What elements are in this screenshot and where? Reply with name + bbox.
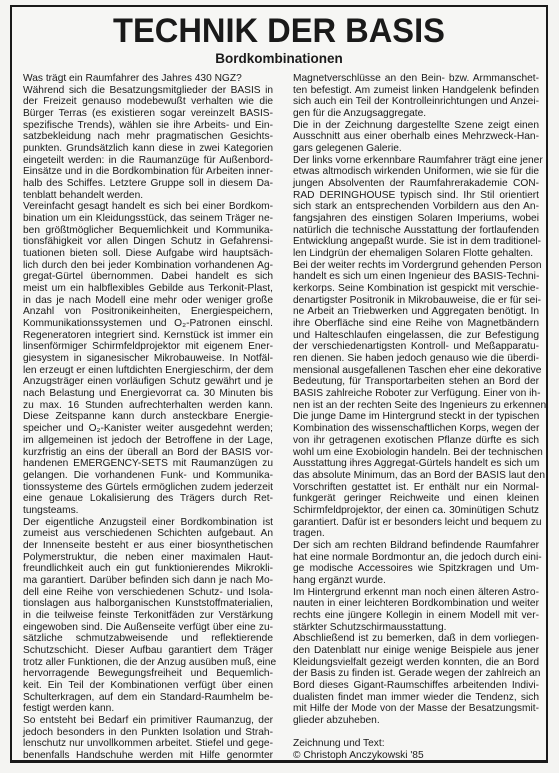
text-line: len erzeugt er einen luftdichten Energie… [23, 365, 273, 377]
text-line: halb des Schiffes. Letztere Gruppe soll … [23, 178, 273, 190]
text-line: Polymerstruktur, die neben einer maximal… [23, 552, 273, 564]
text-line: natürlich die technische Ausstattung der… [293, 225, 539, 237]
text-line: der Innenseite besteht er aus einer bios… [23, 540, 273, 552]
text-line: zu max. 16 Stunden aufrechterhalten werd… [23, 400, 273, 412]
text-line: lenschutz nur unvollkommen arbeitet. Sti… [23, 738, 273, 750]
text-line: gelangen. Die vorhandenen Funk- und Komm… [23, 470, 273, 482]
text-line: tungsteams. [23, 505, 273, 517]
text-line: etwas altmodisch wirkenden Uniformen, wi… [293, 166, 539, 178]
text-line: Der eigentliche Anzugsteil einer Bordkom… [23, 517, 273, 529]
spacer [293, 727, 539, 739]
text-line: Schutzschicht. Dieser Aufbau garantiert … [23, 645, 273, 657]
text-line: der Freizeit genauso modebewußt verhalte… [23, 96, 273, 108]
text-line: funkgerät geringer Reichweite und einen … [293, 493, 539, 505]
text-line: bination um ein Kleidungsstück, das sein… [23, 213, 273, 225]
text-line: sich stark an entsprechenden Vorbildern … [293, 201, 539, 213]
text-line: Der sich am rechten Bildrand befindende … [293, 540, 539, 552]
text-line: von ihr getragenen exotischen Pflanze dü… [293, 435, 539, 447]
text-line: Schulterkragen, auf dem ein Standard-Rau… [23, 692, 273, 704]
page-subtitle: Bordkombinationen [12, 51, 546, 67]
text-line: hervorragende Bewegungsfreiheit und Bequ… [23, 668, 273, 680]
text-line: BASIS zahlreiche Roboter zur Verfügung. … [293, 388, 539, 400]
text-line: trotz aller Funktionen, die der Anzug au… [23, 657, 273, 669]
text-line: Kombination des wissenschaftlichen Korps… [293, 423, 539, 435]
text-line: Während sich die Besatzungsmitglieder de… [23, 85, 273, 97]
text-line: Die in der Zeichnung dargestellte Szene … [293, 120, 539, 132]
text-line: tionssysteme des Gürtels ermöglichen zud… [23, 482, 273, 494]
text-line: RAD DERINGHOUSE typisch sind. Ihr Stil o… [293, 190, 539, 202]
text-line: Anzahl von Positronikeinheiten, Energies… [23, 306, 273, 318]
text-line: Schirmfeldprojektor, der einen ca. 30min… [293, 505, 539, 517]
text-line: Entwicklung angepaßt wurde. Sie ist in d… [293, 236, 539, 248]
credits-line-1: Zeichnung und Text: [293, 738, 539, 750]
text-line: punkten. Grundsätzlich kann diese in zwe… [23, 143, 273, 155]
text-line: Ausschnitt aus einer oberhalb eines Mehr… [293, 131, 539, 143]
text-line: ben größtmöglicher Bequemlichkeit und Ko… [23, 225, 273, 237]
text-line: denartigster Positronik in Mikrobauweise… [293, 295, 539, 307]
text-line: das absolute Minimum, das an Bord der BA… [293, 470, 539, 482]
text-line: eingeteilt werden: in die Raumanzüge für… [23, 155, 273, 167]
text-line: Magnetverschlüsse an den Bein- bzw. Armm… [293, 73, 539, 85]
text-line: hat eine normale Bordmontur an, die jedo… [293, 552, 539, 564]
text-line: zumeist aus verschiedenen Schichten aufg… [23, 528, 273, 540]
text-line: ten befestigt. Am zumeist linken Handgel… [293, 85, 539, 97]
text-line: giesystem in siganesischer Mikrobauweise… [23, 353, 273, 365]
text-line: Kleidungsvielfalt gezeigt werden konnten… [293, 657, 539, 669]
text-line: tionslagen aus halborganischen Kunststof… [23, 598, 273, 610]
text-line: nach Belastung und Energievorrat ca. 30 … [23, 388, 273, 400]
text-line: in das je nach Modell eine mehr oder wen… [23, 295, 273, 307]
right-text-lines: Magnetverschlüsse an den Bein- bzw. Armm… [293, 73, 539, 727]
text-line: linsenförmiger Schirmfeldprojektor mit e… [23, 341, 273, 353]
text-line: und Halteschlaufen eingelassen, die zur … [293, 330, 539, 342]
text-line: eingewoben sind. Die Außenseite verfügt … [23, 622, 273, 634]
text-line: Der links vorne erkennbare Raumfahrer tr… [293, 155, 539, 167]
text-line: Einsätze und in die Bordkombination für … [23, 166, 273, 178]
text-line: stärkter Schutzschirmausstattung. [293, 622, 539, 634]
text-line: mit Hilfe der Mode von der Masse der Bes… [293, 703, 539, 715]
text-line: gars gelegenen Galerie. [293, 143, 539, 155]
text-line: speicher und O₂-Kanister weiter ausgedeh… [23, 423, 273, 435]
text-line: lich durch den bei jeder Kombination vor… [23, 260, 273, 272]
text-line: meist um ein halbflexibles Gebilde aus T… [23, 283, 273, 295]
text-line: Was trägt ein Raumfahrer des Jahres 430 … [23, 73, 273, 85]
text-line: nauten in einer leichteren Bordkombinati… [293, 598, 539, 610]
text-line: spezifische Trends), wählen sie ihre Arb… [23, 120, 273, 132]
text-line: in die teilweise feinste Terkonitfäden z… [23, 610, 273, 622]
text-line: dualisten findet man immer wieder die Te… [293, 692, 539, 704]
text-line: Ausstattung ihres Aggregat-Gürtels hande… [293, 458, 539, 470]
text-line: ne Arbeit an Triebwerken und Aggregaten … [293, 306, 539, 318]
page-title: TECHNIK DER BASIS [23, 13, 536, 49]
text-line: tragen. [293, 528, 539, 540]
text-line: der verschiedenartigsten Kontroll- und M… [293, 341, 539, 353]
text-line: tionsfähigkeit vor allen Dingen Schutz i… [23, 236, 273, 248]
text-line: Die junge Dame im Hintergrund steckt in … [293, 411, 539, 423]
text-line: rechts eine jüngere Kollegin in einem Mo… [293, 610, 539, 622]
text-line: mensional ausgefallenen Taschen eher ein… [293, 365, 539, 377]
text-line: jungen Absolventen der Raumfahrerakademi… [293, 178, 539, 190]
text-line: Vereinfacht gesagt handelt es sich bei e… [23, 201, 273, 213]
text-line: sätzliche schmutzabweisende und reflekti… [23, 633, 273, 645]
text-line: Bedeutung, für Transportarbeiten stehen … [293, 376, 539, 388]
text-line: kerkorps. Seine Kombination ist gespickt… [293, 283, 539, 295]
text-line: jedoch besonders in den Punkten Isolatio… [23, 727, 273, 739]
left-text-column: Was trägt ein Raumfahrer des Jahres 430 … [23, 73, 273, 762]
text-line: Abschließend ist zu bemerken, daß in dem… [293, 633, 539, 645]
text-line: len Lindgrün der ehemaligen Solaren Flot… [293, 248, 539, 260]
text-line: So entsteht bei Bedarf ein primitiver Ra… [23, 715, 273, 727]
text-line: eine genaue Lokalisierung des Trägers du… [23, 493, 273, 505]
text-line: freundlichkeit auch ein gut funktioniere… [23, 563, 273, 575]
right-text-column: Magnetverschlüsse an den Bein- bzw. Armm… [293, 73, 539, 762]
text-line: keit. Ein Teil der Kombinationen verfügt… [23, 680, 273, 692]
text-line: glieder abzuheben. [293, 715, 539, 727]
text-line: tenblatt behandelt werden. [23, 190, 273, 202]
text-line: ma garantiert. Darüber befinden sich dan… [23, 575, 273, 587]
text-line: Kommunikationssystemen und O₂-Patronen e… [23, 318, 273, 330]
text-line: handenen EMERGENCY-SETS mit Raumanzügen … [23, 458, 273, 470]
text-line: satzbekleidung nach mehr pragmatischen G… [23, 131, 273, 143]
text-line: garantiert. Dafür ist er besonders leich… [293, 517, 539, 529]
credits-line-2: © Christoph Anczykowski '85 [293, 750, 539, 762]
text-line: festigt werden kann. [23, 703, 273, 715]
text-line: gregat-Gürtel übernommen. Dabei handelt … [23, 271, 273, 283]
text-line: tuationen bieten soll. Diese Aufgabe wir… [23, 248, 273, 260]
text-line: Bei der weiter rechts im Vordergrund geh… [293, 260, 539, 272]
text-line: gen für die Anzugsaggregate. [293, 108, 539, 120]
text-line: sich auch ein Teil der Kontrolleinrichtu… [293, 96, 539, 108]
text-line: nen ist an der rechten Seite des Ingenie… [293, 400, 539, 412]
text-line: ge modische Accessoires wie Spitzkragen … [293, 563, 539, 575]
text-line: hang ergänzt wurde. [293, 575, 539, 587]
text-line: Anzugsträger einen vorläufigen Schutz ge… [23, 376, 273, 388]
text-line: kurzfristig an eins der überall an Bord … [23, 447, 273, 459]
text-line: handelt es sich um einen Ingenieur des B… [293, 271, 539, 283]
text-line: Vorschriften gestattet ist. Er enthält n… [293, 482, 539, 494]
text-line: fangsjahren des einstigen Solaren Imperi… [293, 213, 539, 225]
text-line: Bürger Terras (es existieren sogar verei… [23, 108, 273, 120]
text-line: benenfalls Handschuhe werden mit Hilfe g… [23, 750, 273, 762]
text-line: ren dienen. Sie haben jedoch genauso wie… [293, 353, 539, 365]
text-line: im allgemeinen ist jedoch der Betroffene… [23, 435, 273, 447]
text-line: Bord dieses Gigant-Raumschiffes arbeiten… [293, 680, 539, 692]
text-line: den Datenblatt nur einige wenige Beispie… [293, 645, 539, 657]
text-line: Regeneratoren integriert sind. Kernstück… [23, 330, 273, 342]
text-line: Diese Zeitspanne kann durch ansteckbare … [23, 411, 273, 423]
text-line: ihre Oberfläche sind eine Reihe von Magn… [293, 318, 539, 330]
text-line: wohl um eine Exobiologin handeln. Bei de… [293, 447, 539, 459]
text-line: der Basis zu finden ist. Gerade wegen de… [293, 668, 539, 680]
text-line: dell eine Reihe von verschiedenen Schutz… [23, 587, 273, 599]
text-line: Im Hintergrund erkennt man noch einen äl… [293, 587, 539, 599]
